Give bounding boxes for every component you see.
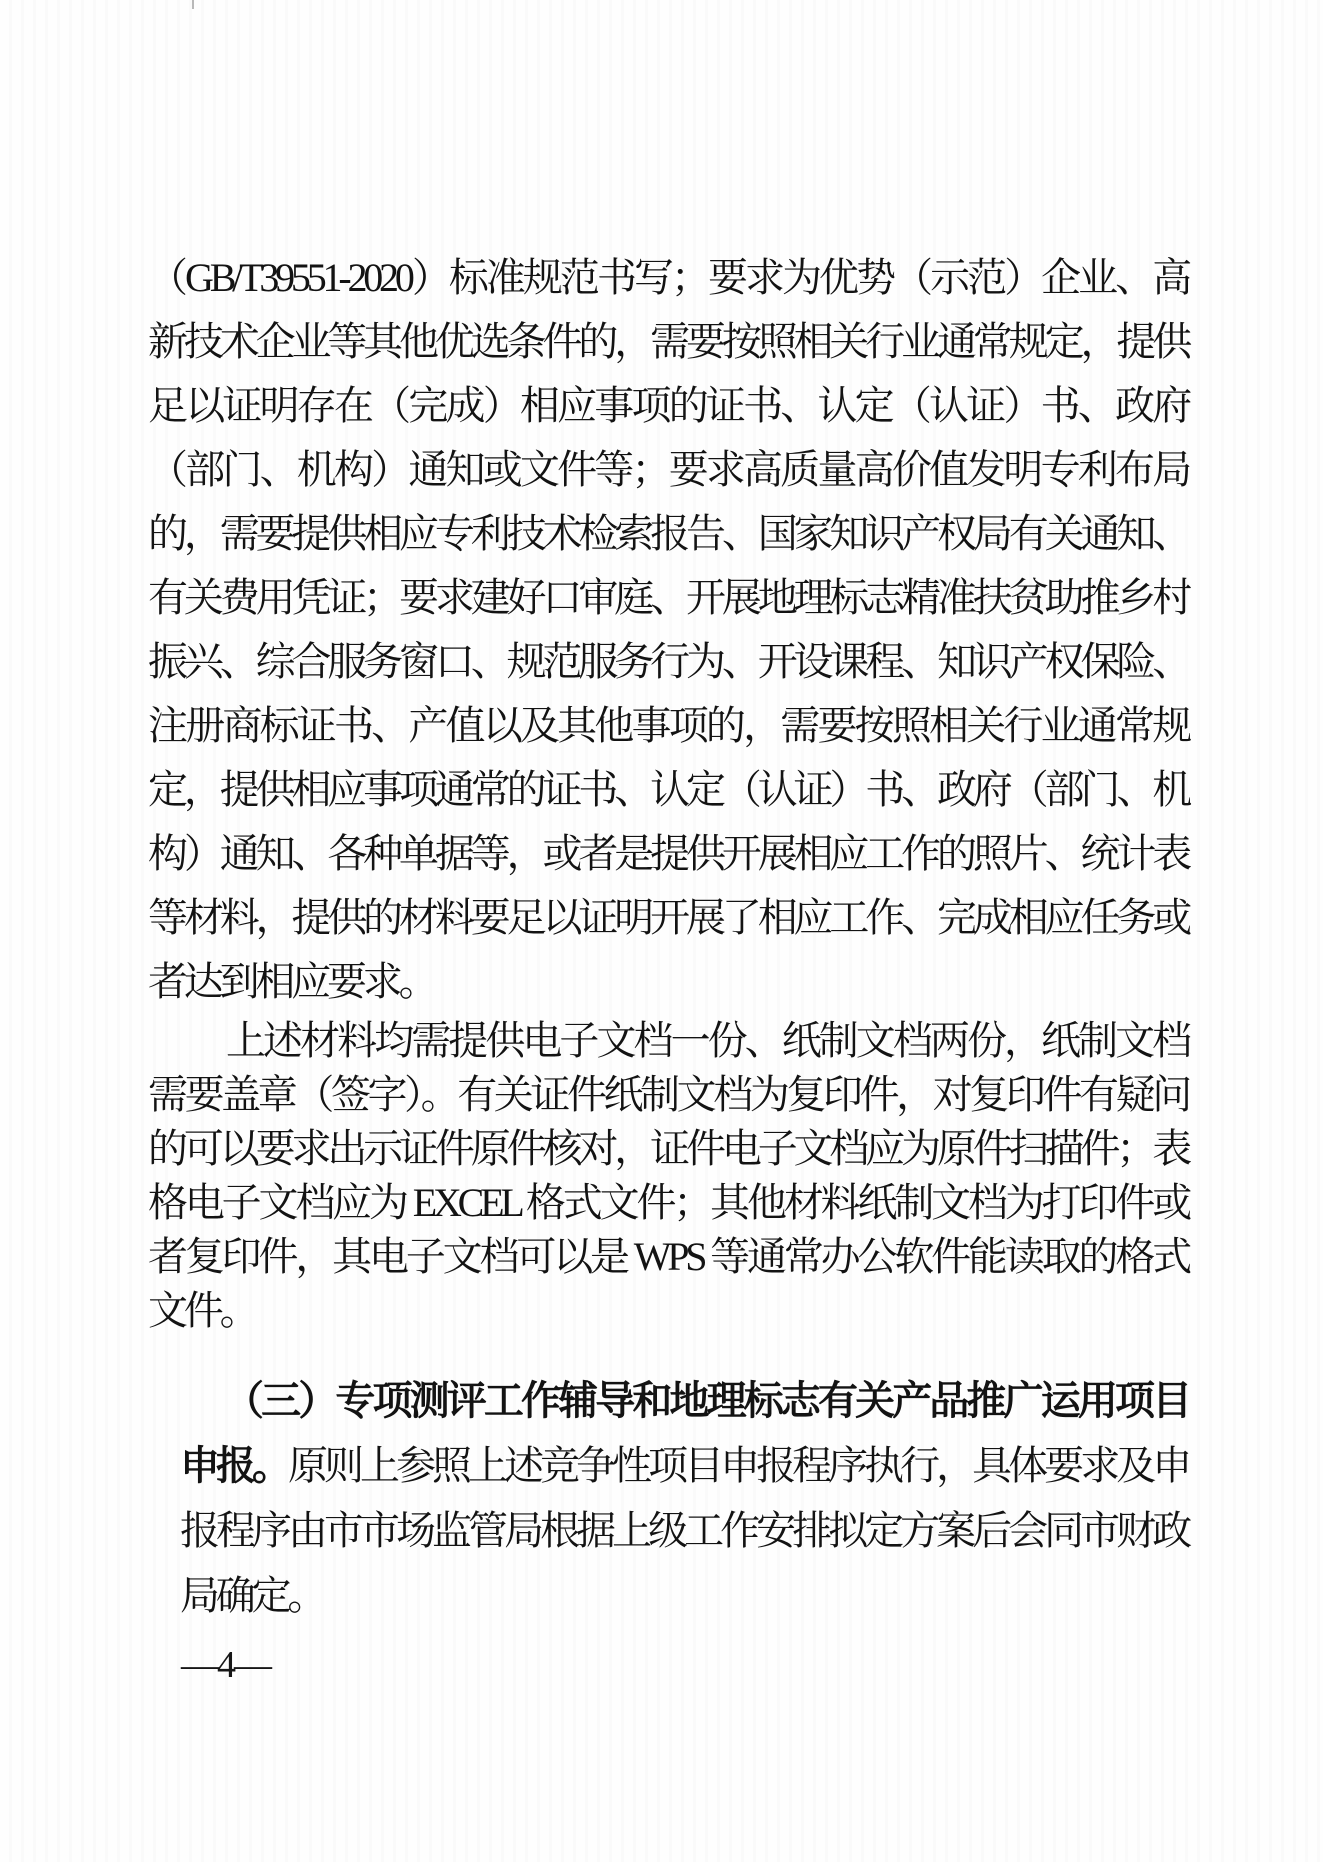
paragraph-section-three: （三）专项测评工作辅导和地理标志有关产品推广运用项目申报。原则上参照上述竞争性项… — [180, 1368, 1188, 1628]
paragraph-certificates-requirements: （GB/T39551-2020）标准规范书写；要求为优势（示范）企业、高新技术企… — [148, 246, 1188, 1014]
page-number: —4— — [181, 1643, 270, 1687]
document-body: （GB/T39551-2020）标准规范书写；要求为优势（示范）企业、高新技术企… — [148, 246, 1188, 1628]
scan-artifact-mark — [192, 0, 194, 9]
section-three-text: 原则上参照上述竞争性项目申报程序执行，具体要求及申报程序由市市场监管局根据上级工… — [180, 1443, 1188, 1618]
document-page: （GB/T39551-2020）标准规范书写；要求为优势（示范）企业、高新技术企… — [0, 0, 1323, 1862]
paragraph-document-format-requirements: 上述材料均需提供电子文档一份、纸制文档两份，纸制文档需要盖章（签字）。有关证件纸… — [148, 1014, 1188, 1338]
